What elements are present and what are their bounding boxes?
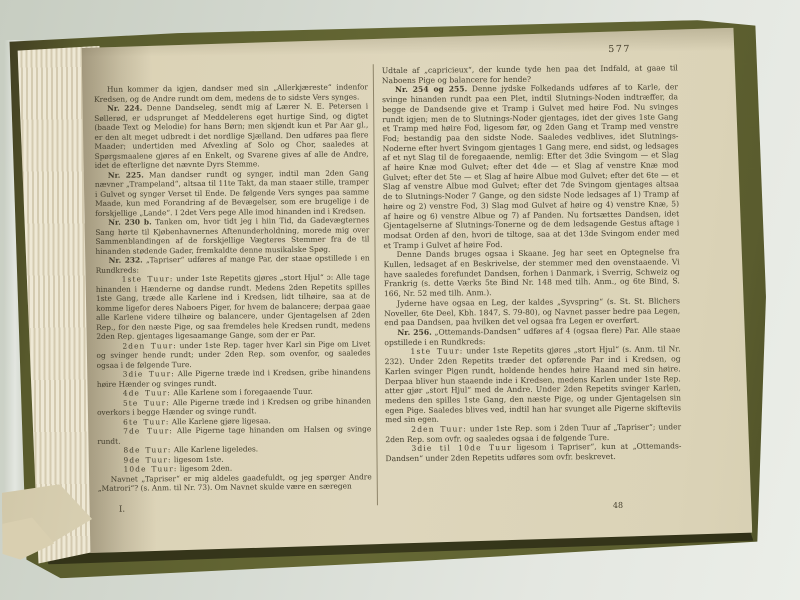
paragraph: Nr. 254 og 255. Denne jydske Folkedands … [382,83,680,251]
paragraph: 3die til 10de Tuur ligesom i Tapriser“, … [385,442,681,464]
text-column-right: Udtale af „capricieux“, der kunde tyde h… [382,63,682,504]
text-segment: 3die Tuur: [123,369,175,378]
text-segment: 10de Tuur: [124,464,178,474]
text-segment: Nr. 225. [108,170,144,179]
page-number: 577 [590,44,650,56]
text-column-left: Hun kommer da igjen, dandser med sin „Al… [94,82,372,511]
part-mark: I. [119,505,125,515]
paragraph: 1ste Tuur: under 1ste Repetits gjøres „s… [96,272,371,341]
text-segment: 2den Tuur: [122,341,176,351]
paragraph: Denne Dands bruges ogsaa i Skaane. Jeg h… [384,248,680,299]
text-segment: 7de Tuur: [123,426,173,435]
text-segment: Alle Karlene gjøre ligesaa. [169,416,270,426]
paragraph: Hun kommer da igjen, dandser med sin „Al… [94,82,368,104]
text-segment: 1ste Tuur: [122,274,174,283]
paragraph: 7de Tuur: Alle Pigerne tage hinanden om … [97,424,371,446]
text-segment: 6te Tuur: [123,417,169,426]
text-segment: Denne jydske Folkedands udføres af to Ka… [382,83,679,250]
paragraph: Nr. 225. Man dandser rundt og synger, in… [95,168,369,218]
paragraph: 5te Tuur: Alle Pigerne træde ind i Kreds… [97,396,371,418]
text-segment: 8de Tuur: [123,445,171,454]
text-segment: Nr. 232. [109,255,143,264]
text-segment: 3die til 10de Tuur [411,443,512,453]
paragraph: Nr. 224. Denne Dandseleg, sendt mig af L… [94,101,369,170]
column-divider [373,64,378,505]
book-photo: 577 Hun kommer da igjen, dandser med sin… [0,0,800,600]
text-segment: Nr. 254 og 255. [395,85,467,95]
signature-mark: 48 [598,501,638,510]
paragraph: Nr. 232. „Tapriser“ udføres af mange Par… [96,253,370,275]
book-page: 577 Hun kommer da igjen, dandser med sin… [0,0,800,600]
text-segment: 2den Tuur: [411,424,467,434]
text-segment: Nr. 230 b. [108,217,151,226]
text-segment: 1ste Tuur: [410,347,463,357]
text-segment: ligesom 2den. [177,464,232,474]
text-segment: Hun kommer da igjen, dandser med sin „Al… [94,82,368,103]
text-segment: 4de Tuur: [123,388,171,397]
paragraph: 3die Tuur: Alle Pigerne træde ind i Kred… [97,367,371,389]
text-segment: Alle Karlene ligeledes. [171,444,258,454]
paragraph: Nr. 230 b. Tanken om, hvor tidt jeg i hi… [95,215,369,256]
paragraph: Jyderne have ogsaa en Leg, der kaldes „S… [384,296,680,328]
text-segment: Jyderne have ogsaa en Leg, der kaldes „S… [384,296,680,327]
paragraph: Navnet „Tapriser“ er mig aldeles gaadefu… [98,472,372,494]
text-segment: Nr. 224. [107,103,142,112]
text-segment: Udtale af „capricieux“, der kunde tyde h… [382,63,678,85]
text-segment: ligesom 1ste. [172,454,224,463]
paragraph: 2den Tuur: under 1ste Rep. tager hver Ka… [96,339,370,370]
text-segment: Navnet „Tapriser“ er mig aldeles gaadefu… [98,472,372,493]
text-segment: 5te Tuur: [123,398,170,407]
paragraph: 1ste Tuur: under 1ste Repetits gjøres „s… [384,345,681,425]
text-segment: 9de Tuur: [123,455,171,464]
text-segment: under 1ste Repetits gjøres „stort Hjul“ … [385,345,682,425]
text-segment: Denne Dands bruges ogsaa i Skaane. Jeg h… [384,248,680,299]
text-segment: Nr. 256. [397,328,432,337]
open-book: 577 Hun kommer da igjen, dandser med sin… [0,0,800,600]
